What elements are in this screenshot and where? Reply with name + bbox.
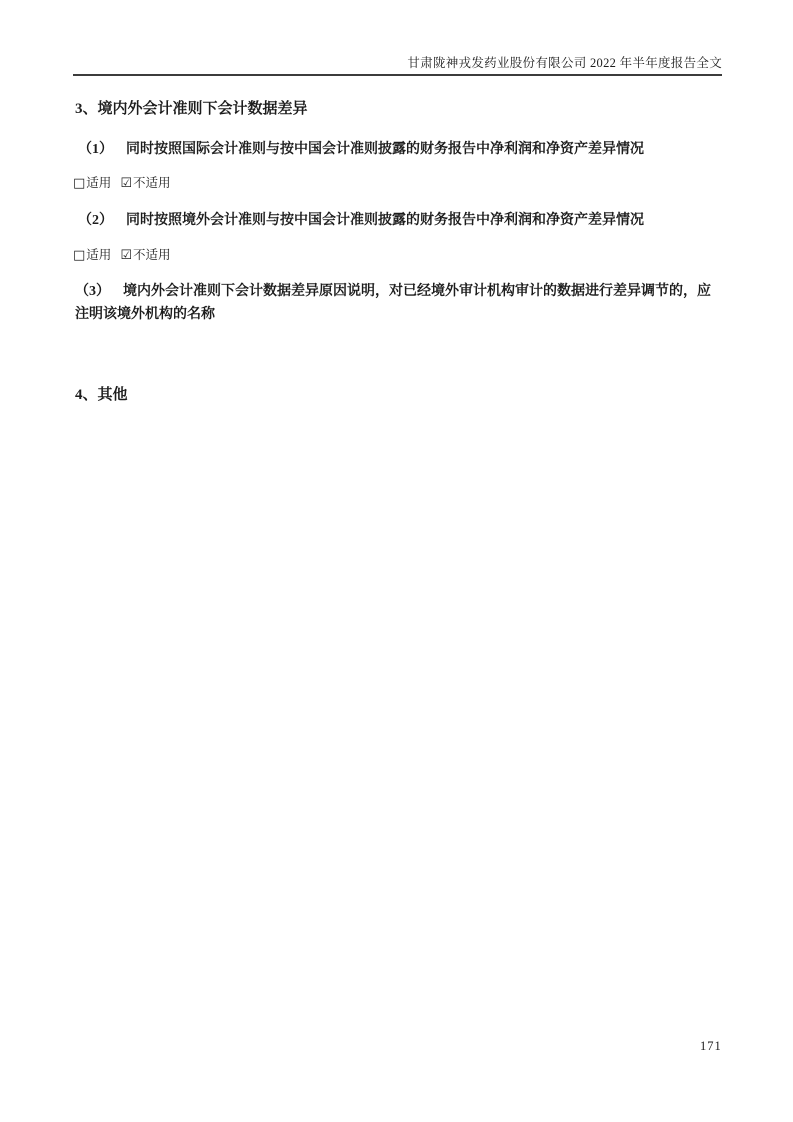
section3-heading: 3、境内外会计准则下会计数据差异 [75, 97, 308, 118]
section3-item-3: （3）境内外会计准则下会计数据差异原因说明，对已经境外审计机构审计的数据进行差异… [75, 280, 722, 326]
applicable-label: 适用 [86, 248, 111, 262]
checkbox-checked-icon: ☑ [120, 248, 132, 263]
applicability-row-1: □适用☑不适用 [73, 173, 170, 191]
page-number: 171 [700, 1039, 722, 1054]
checkbox-unchecked-icon: □ [73, 248, 85, 263]
report-title: 甘肃陇神戎发药业股份有限公司 2022 年半年度报告全文 [407, 53, 722, 71]
checkbox-unchecked-icon: □ [73, 176, 85, 191]
applicability-row-2: □适用☑不适用 [73, 245, 170, 263]
item-1-number: （1） [78, 142, 113, 157]
not-applicable-label: 不适用 [133, 176, 171, 190]
report-page: 甘肃陇神戎发药业股份有限公司 2022 年半年度报告全文 3、境内外会计准则下会… [0, 0, 793, 1122]
section3-item-2: （2）同时按照境外会计准则与按中国会计准则披露的财务报告中净利润和净资产差异情况 [78, 209, 722, 232]
item-3-text: 境内外会计准则下会计数据差异原因说明，对已经境外审计机构审计的数据进行差异调节的… [75, 284, 711, 322]
item-2-text: 同时按照境外会计准则与按中国会计准则披露的财务报告中净利润和净资产差异情况 [126, 213, 644, 228]
section4-heading: 4、其他 [75, 383, 128, 404]
page-header: 甘肃陇神戎发药业股份有限公司 2022 年半年度报告全文 [73, 44, 722, 76]
section3-item-1: （1）同时按照国际会计准则与按中国会计准则披露的财务报告中净利润和净资产差异情况 [78, 138, 722, 161]
checkbox-checked-icon: ☑ [120, 176, 132, 191]
applicable-label: 适用 [86, 176, 111, 190]
item-1-text: 同时按照国际会计准则与按中国会计准则披露的财务报告中净利润和净资产差异情况 [126, 142, 644, 157]
item-2-number: （2） [78, 213, 113, 228]
item-3-number: （3） [75, 284, 110, 299]
not-applicable-label: 不适用 [133, 248, 171, 262]
